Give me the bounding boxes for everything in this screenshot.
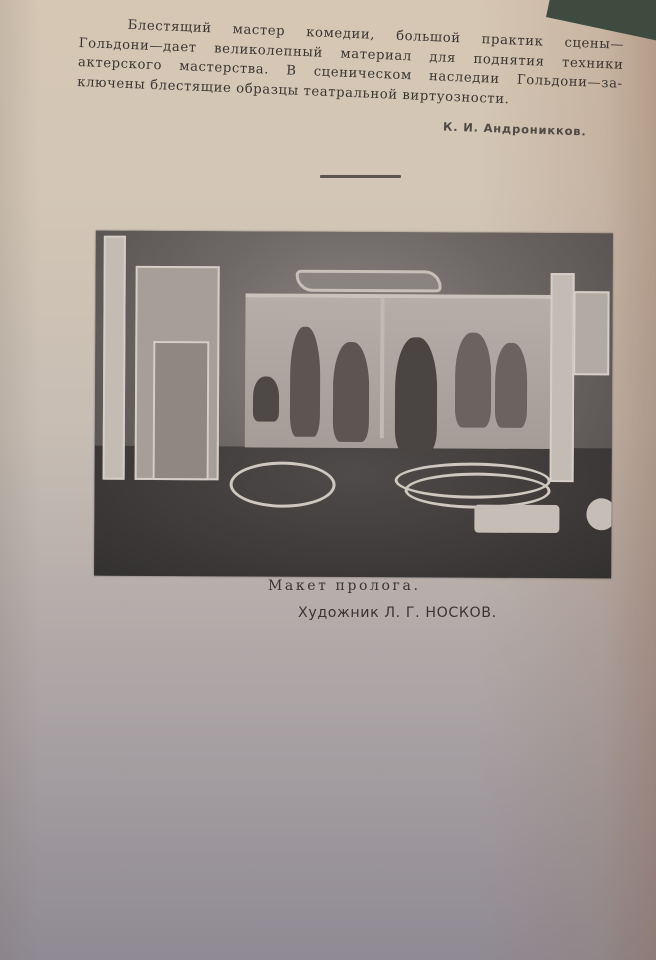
right-ornament bbox=[573, 291, 609, 375]
panel-divider bbox=[380, 298, 385, 438]
stage-model-photo bbox=[94, 231, 613, 579]
figure-small-left bbox=[253, 376, 279, 421]
author-signature: К. И. Андроникков. bbox=[443, 119, 587, 138]
right-column bbox=[550, 273, 575, 482]
figure-caption-title: Макет пролога. bbox=[268, 578, 421, 594]
stage-slab bbox=[474, 505, 559, 533]
figure-musician bbox=[395, 337, 438, 452]
page-shadow-left bbox=[0, 0, 40, 960]
figure-dancer-left bbox=[455, 333, 491, 428]
figure-woman-right bbox=[333, 342, 370, 442]
stage-slab-right bbox=[586, 498, 613, 530]
section-divider bbox=[320, 175, 401, 178]
figure-caption-artist: Художник Л. Г. НОСКОВ. bbox=[298, 605, 497, 621]
figure-woman-left bbox=[290, 327, 321, 437]
left-column-inner bbox=[153, 341, 210, 480]
intro-paragraph: Блестящий мастер комедии, большой практи… bbox=[77, 14, 625, 114]
curved-step-left bbox=[229, 461, 335, 508]
ornamental-banner bbox=[296, 270, 442, 293]
left-column-outer bbox=[103, 236, 126, 480]
figure-dancer-right bbox=[495, 343, 527, 428]
